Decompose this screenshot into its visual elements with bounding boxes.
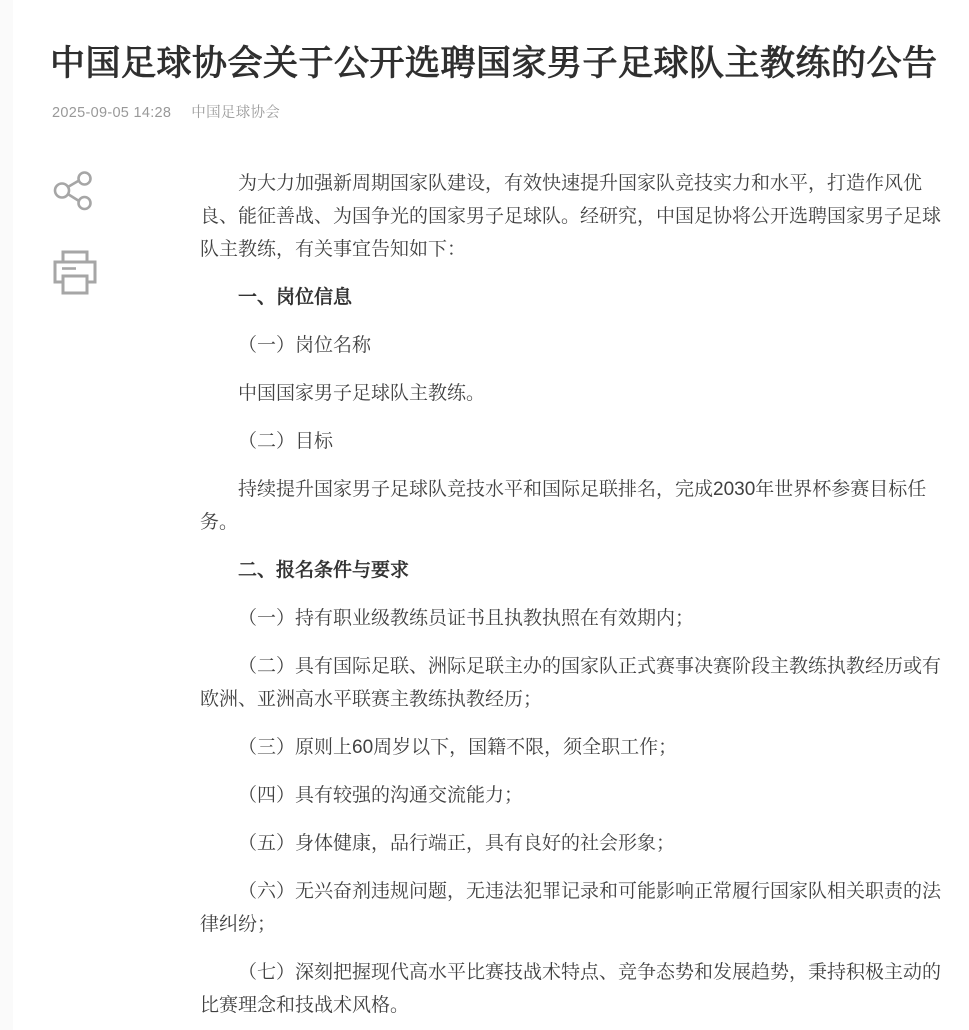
article-paragraph: （一）岗位名称: [200, 329, 942, 362]
article-paragraph: （七）深刻把握现代高水平比赛技战术特点、竞争态势和发展趋势，秉持积极主动的比赛理…: [200, 956, 942, 1022]
article-paragraph: （六）无兴奋剂违规问题，无违法犯罪记录和可能影响正常履行国家队相关职责的法律纠纷…: [200, 875, 942, 941]
article-paragraph: 中国国家男子足球队主教练。: [200, 377, 942, 410]
article-paragraph: （五）身体健康，品行端正，具有良好的社会形象；: [200, 827, 942, 860]
section-heading: 一、岗位信息: [200, 281, 942, 314]
article-paragraph: （三）原则上60周岁以下，国籍不限，须全职工作；: [200, 731, 942, 764]
tool-rail: [53, 168, 97, 296]
section-heading: 二、报名条件与要求: [200, 554, 942, 587]
page-edge-strip: [0, 0, 13, 1030]
article-paragraph: 为大力加强新周期国家队建设，有效快速提升国家队竞技实力和水平，打造作风优良、能征…: [200, 167, 942, 266]
share-icon: [53, 170, 97, 212]
article-paragraph: （一）持有职业级教练员证书且执教执照在有效期内；: [200, 602, 942, 635]
share-button[interactable]: [53, 168, 97, 214]
publish-date: 2025-09-05 14:28: [52, 105, 171, 121]
article-body: 为大力加强新周期国家队建设，有效快速提升国家队竞技实力和水平，打造作风优良、能征…: [200, 167, 942, 1030]
article-paragraph: （二）具有国际足联、洲际足联主办的国家队正式赛事决赛阶段主教练执教经历或有欧洲、…: [200, 650, 942, 716]
print-button[interactable]: [53, 250, 97, 296]
article-paragraph: （二）目标: [200, 425, 942, 458]
publish-source: 中国足球协会: [191, 105, 280, 121]
page-title: 中国足球协会关于公开选聘国家男子足球队主教练的公告: [50, 40, 945, 87]
print-icon: [53, 250, 97, 297]
article-paragraph: （四）具有较强的沟通交流能力；: [200, 779, 942, 812]
article-page: 中国足球协会关于公开选聘国家男子足球队主教练的公告 2025-09-05 14:…: [13, 0, 969, 1030]
article-paragraph: 持续提升国家男子足球队竞技水平和国际足联排名，完成2030年世界杯参赛目标任务。: [200, 473, 942, 539]
article-meta: 2025-09-05 14:28中国足球协会: [52, 101, 280, 122]
